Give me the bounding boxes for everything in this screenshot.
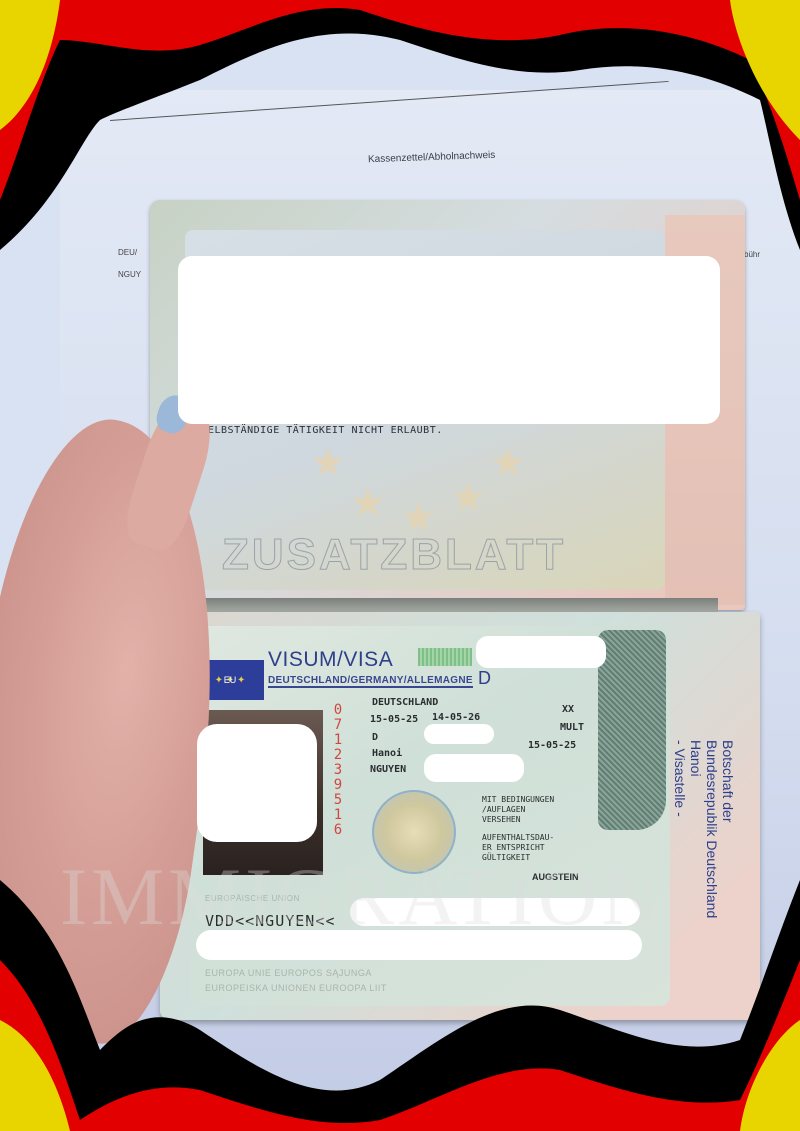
german-flag-frame	[0, 0, 800, 1131]
